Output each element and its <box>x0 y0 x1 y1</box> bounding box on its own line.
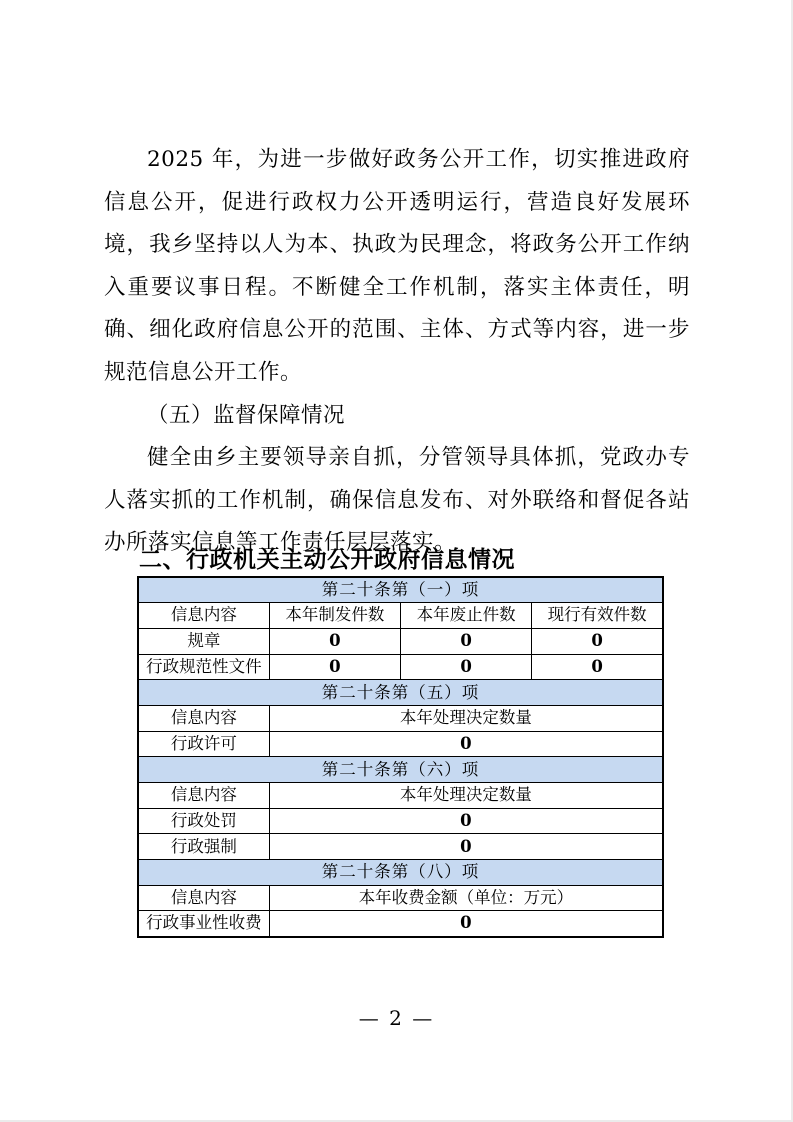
table-section-title-row: 第二十条第（八）项 <box>138 860 663 886</box>
row-label: 规章 <box>138 628 269 654</box>
table-section-title: 第二十条第（六）项 <box>138 757 663 783</box>
section-heading-proactive-disclosure: 二、行政机关主动公开政府信息情况 <box>139 541 515 574</box>
row-value: 0 <box>401 628 532 654</box>
table-row: 行政事业性收费0 <box>138 911 663 937</box>
table-section-title-row: 第二十条第（六）项 <box>138 757 663 783</box>
row-label: 行政事业性收费 <box>138 911 269 937</box>
row-label: 行政许可 <box>138 731 269 757</box>
table-header-cell: 信息内容 <box>138 603 269 629</box>
row-value: 0 <box>269 628 400 654</box>
table-header-cell: 本年废止件数 <box>401 603 532 629</box>
table-section-title: 第二十条第（五）项 <box>138 680 663 706</box>
row-value: 0 <box>269 834 663 860</box>
row-value: 0 <box>269 731 663 757</box>
table-section-title-row: 第二十条第（五）项 <box>138 680 663 706</box>
document-page: 2025 年，为进一步做好政务公开工作，切实推进政府信息公开，促进行政权力公开透… <box>0 0 793 1122</box>
row-label: 行政处罚 <box>138 808 269 834</box>
table-row: 行政强制0 <box>138 834 663 860</box>
table-section-title: 第二十条第（八）项 <box>138 860 663 886</box>
table-section-title-row: 第二十条第（一）项 <box>138 577 663 603</box>
info-table-body: 第二十条第（一）项信息内容本年制发件数本年废止件数现行有效件数规章000行政规范… <box>138 577 663 937</box>
row-value: 0 <box>401 654 532 680</box>
row-value: 0 <box>269 654 400 680</box>
paragraph-work-overview: 2025 年，为进一步做好政务公开工作，切实推进政府信息公开，促进行政权力公开透… <box>104 139 690 395</box>
disclosure-table-container: 第二十条第（一）项信息内容本年制发件数本年废止件数现行有效件数规章000行政规范… <box>137 576 664 938</box>
sub-heading-supervision: （五）监督保障情况 <box>104 395 690 438</box>
table-header-cell: 本年处理决定数量 <box>269 705 663 731</box>
table-header-row: 信息内容本年处理决定数量 <box>138 705 663 731</box>
table-header-cell: 本年收费金额（单位：万元） <box>269 885 663 911</box>
table-header-cell: 本年制发件数 <box>269 603 400 629</box>
table-row: 行政规范性文件000 <box>138 654 663 680</box>
table-header-cell: 现行有效件数 <box>532 603 663 629</box>
row-value: 0 <box>269 911 663 937</box>
info-table: 第二十条第（一）项信息内容本年制发件数本年废止件数现行有效件数规章000行政规范… <box>137 576 664 938</box>
table-row: 行政许可0 <box>138 731 663 757</box>
body-text: 2025 年，为进一步做好政务公开工作，切实推进政府信息公开，促进行政权力公开透… <box>104 139 690 565</box>
table-header-row: 信息内容本年处理决定数量 <box>138 783 663 809</box>
row-label: 行政强制 <box>138 834 269 860</box>
table-header-row: 信息内容本年制发件数本年废止件数现行有效件数 <box>138 603 663 629</box>
table-header-cell: 本年处理决定数量 <box>269 783 663 809</box>
table-row: 行政处罚0 <box>138 808 663 834</box>
table-section-title: 第二十条第（一）项 <box>138 577 663 603</box>
table-header-cell: 信息内容 <box>138 783 269 809</box>
table-header-cell: 信息内容 <box>138 885 269 911</box>
row-value: 0 <box>532 654 663 680</box>
table-header-cell: 信息内容 <box>138 705 269 731</box>
table-row: 规章000 <box>138 628 663 654</box>
table-header-row: 信息内容本年收费金额（单位：万元） <box>138 885 663 911</box>
row-value: 0 <box>269 808 663 834</box>
row-label: 行政规范性文件 <box>138 654 269 680</box>
page-number-footer: — 2 — <box>0 1006 793 1030</box>
row-value: 0 <box>532 628 663 654</box>
